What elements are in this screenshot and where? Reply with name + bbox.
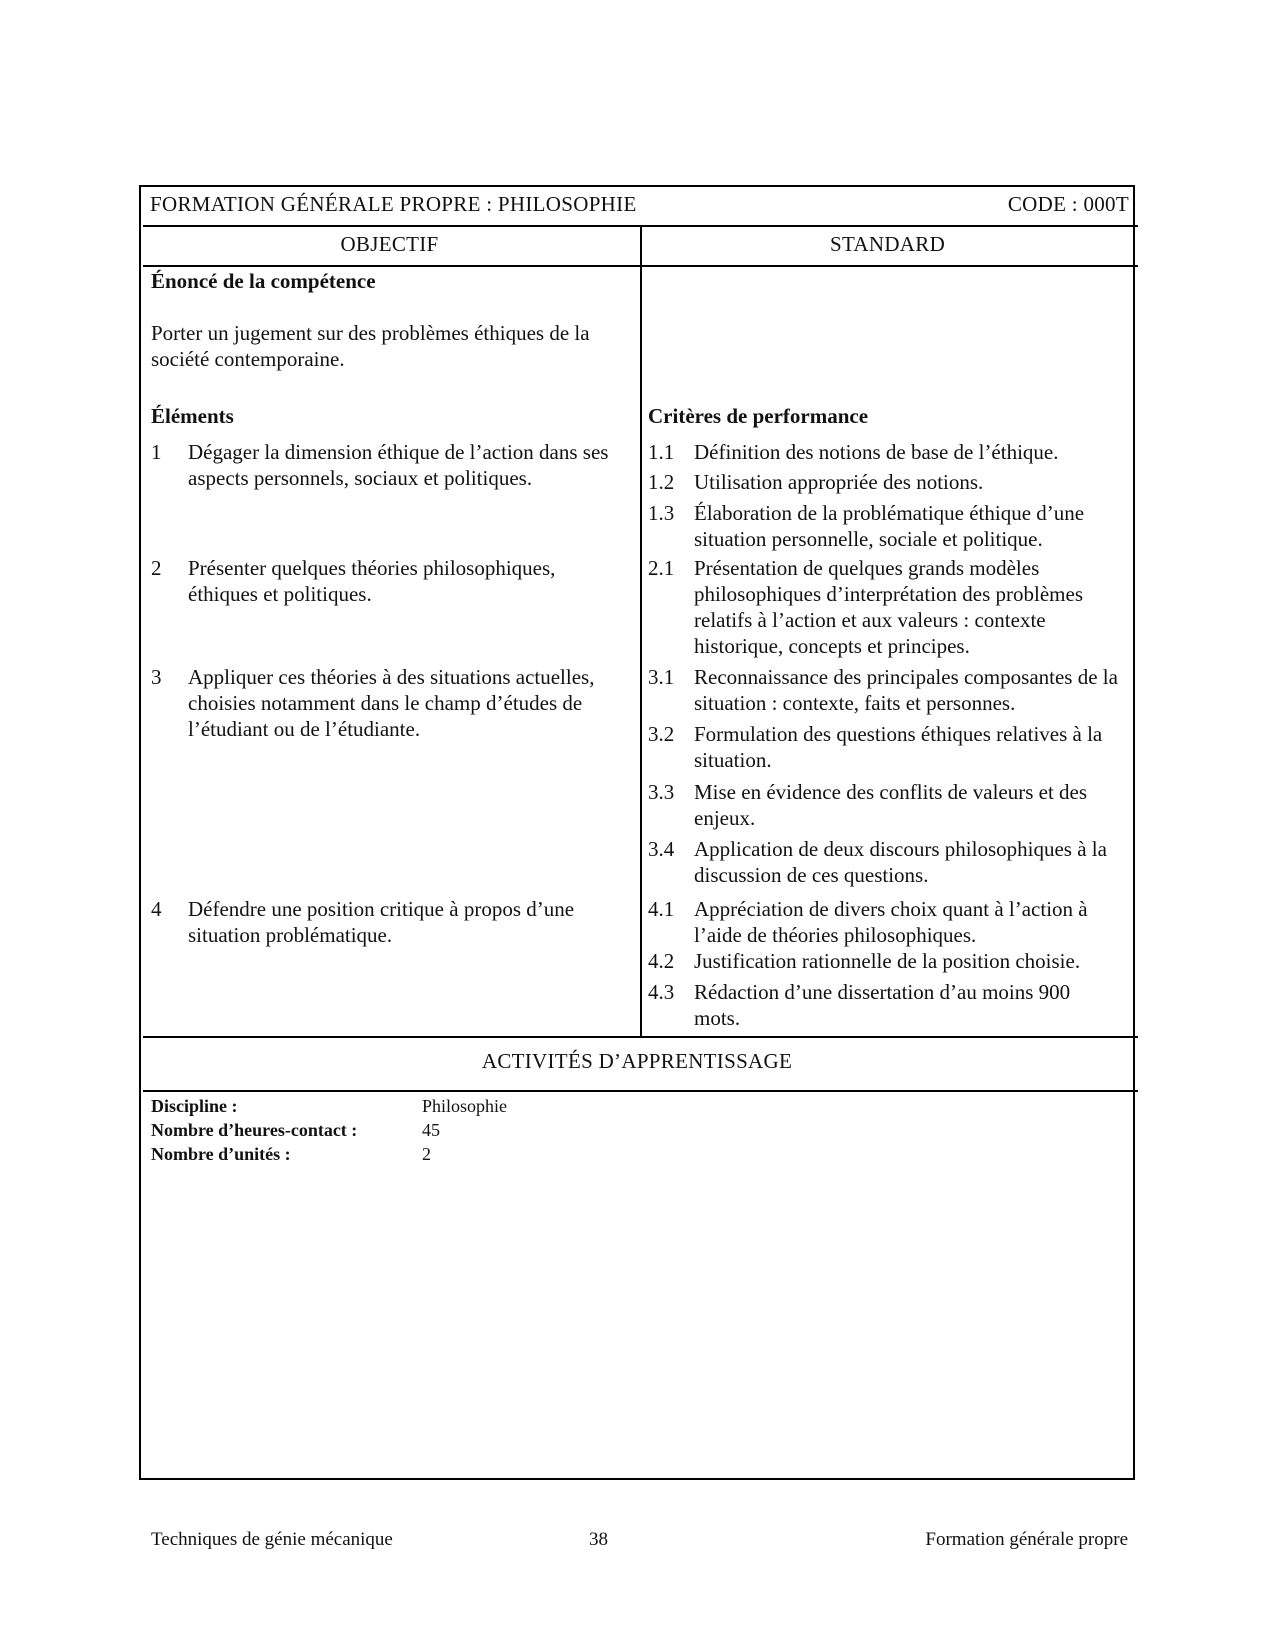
element-text: Défendre une position critique à propos … xyxy=(188,896,618,948)
activite-value: Philosophie xyxy=(422,1094,507,1118)
row-divider-activities-top xyxy=(143,1036,1138,1038)
critere-text: Formulation des questions éthiques relat… xyxy=(694,721,1130,773)
activite-value: 2 xyxy=(422,1142,431,1166)
element-number: 2 xyxy=(151,555,162,581)
column-divider xyxy=(640,225,642,1037)
element-text: Dégager la dimension éthique de l’action… xyxy=(188,439,628,491)
critere-number: 3.4 xyxy=(648,836,674,862)
critere-number: 3.3 xyxy=(648,779,674,805)
element-text: Présenter quelques théories philosophiqu… xyxy=(188,555,608,607)
element-number: 4 xyxy=(151,896,162,922)
critere-number: 2.1 xyxy=(648,555,674,581)
table-border-left xyxy=(139,185,141,1480)
critere-text: Reconnaissance des principales composant… xyxy=(694,664,1130,716)
element-number: 1 xyxy=(151,439,162,465)
critere-text: Application de deux discours philosophiq… xyxy=(694,836,1130,888)
row-divider-activities-bottom xyxy=(143,1090,1138,1092)
enonce-text: Porter un jugement sur des problèmes éth… xyxy=(151,320,636,372)
critere-number: 1.2 xyxy=(648,469,674,495)
activites-heading: ACTIVITÉS D’APPRENTISSAGE xyxy=(139,1049,1135,1074)
column-header-standard: STANDARD xyxy=(641,232,1134,257)
critere-number: 1.1 xyxy=(648,439,674,465)
page-number: 38 xyxy=(589,1528,608,1552)
critere-text: Justification rationnelle de la position… xyxy=(694,948,1134,974)
form-title: FORMATION GÉNÉRALE PROPRE : PHILOSOPHIE xyxy=(150,192,637,217)
activite-label: Nombre d’unités : xyxy=(151,1142,291,1166)
critere-text: Mise en évidence des conflits de valeurs… xyxy=(694,779,1130,831)
element-number: 3 xyxy=(151,664,162,690)
enonce-heading: Énoncé de la compétence xyxy=(151,268,376,294)
critere-text: Définition des notions de base de l’éthi… xyxy=(694,439,1134,465)
critere-number: 3.1 xyxy=(648,664,674,690)
activite-label: Discipline : xyxy=(151,1094,238,1118)
critere-number: 4.3 xyxy=(648,979,674,1005)
table-border-bottom xyxy=(139,1478,1135,1480)
critere-text: Appréciation de divers choix quant à l’a… xyxy=(694,896,1132,948)
critere-text: Rédaction d’une dissertation d’au moins … xyxy=(694,979,1074,1031)
form-code: CODE : 000T xyxy=(1008,192,1129,217)
column-header-objectif: OBJECTIF xyxy=(139,232,640,257)
critere-number: 1.3 xyxy=(648,500,674,526)
activite-value: 45 xyxy=(422,1118,440,1142)
footer-right: Formation générale propre xyxy=(925,1528,1128,1552)
element-text: Appliquer ces théories à des situations … xyxy=(188,664,638,742)
critere-number: 3.2 xyxy=(648,721,674,747)
table-border-top xyxy=(139,185,1135,187)
critere-text: Présentation de quelques grands modèles … xyxy=(694,555,1130,659)
critere-text: Utilisation appropriée des notions. xyxy=(694,469,1134,495)
critere-text: Élaboration de la problématique éthique … xyxy=(694,500,1124,552)
table-border-right xyxy=(1133,185,1135,1480)
elements-heading: Éléments xyxy=(151,403,234,429)
footer-left: Techniques de génie mécanique xyxy=(151,1528,393,1552)
critere-number: 4.2 xyxy=(648,948,674,974)
criteres-heading: Critères de performance xyxy=(648,403,868,429)
critere-number: 4.1 xyxy=(648,896,674,922)
activite-label: Nombre d’heures-contact : xyxy=(151,1118,357,1142)
